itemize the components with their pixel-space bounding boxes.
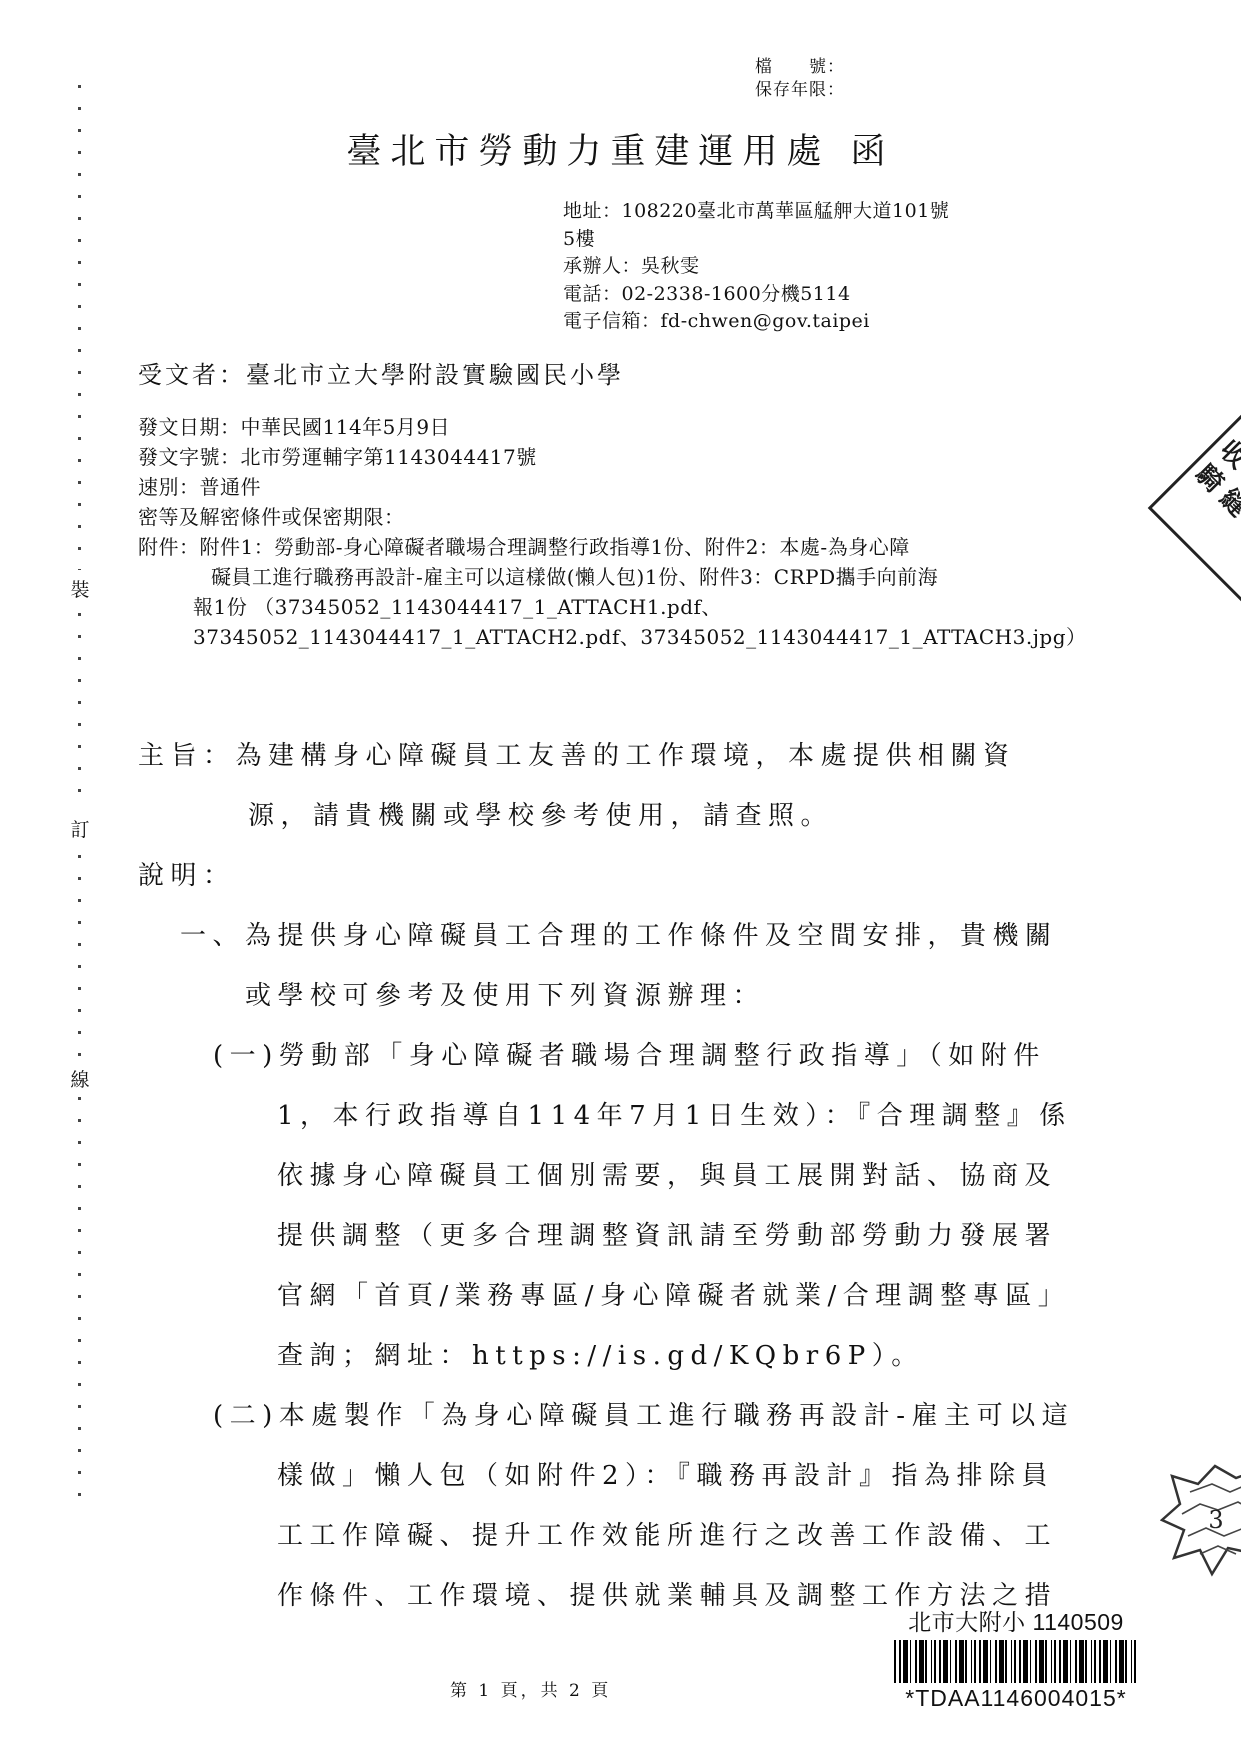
sub1-line-3: 依據身心障礙員工個別需要，與員工展開對話、協商及 (138, 1146, 1098, 1206)
sub1-line-5: 官網「首頁/業務專區/身心障礙者就業/合理調整專區」 (138, 1266, 1098, 1326)
security-class: 密等及解密條件或保密期限： (138, 502, 1038, 532)
sub1-text-1: 勞動部「身心障礙者職場合理調整行政指導」（如附件 (279, 1041, 1046, 1071)
sender-contact-block: 地址：108220臺北市萬華區艋舺大道101號 5樓 承辦人：吳秋雯 電話：02… (563, 198, 949, 336)
letter-body: 主旨：為建構身心障礙員工友善的工作環境，本處提供相關資 源，請貴機關或學校參考使… (138, 726, 1098, 1626)
official-letter-page: 檔 號： 保存年限： 臺北市勞動力重建運用處 函 地址：108220臺北市萬華區… (0, 0, 1241, 1754)
meta-block: 發文日期：中華民國114年5月9日 發文字號：北市勞運輔字第1143044417… (138, 412, 1038, 652)
subject-label: 主旨： (138, 741, 236, 771)
crumple-mark: 3 (1160, 1462, 1241, 1582)
sub1-line-4: 提供調整（更多合理調整資訊請至勞動部勞動力發展署 (138, 1206, 1098, 1266)
sub1-line-6: 查詢；網址：https://is.gd/KQbr6P）。 (138, 1326, 1098, 1386)
attachment-line-4: 37345052_1143044417_1_ATTACH2.pdf、373450… (138, 622, 1038, 652)
binding-char-zhuang: 裝 (67, 570, 93, 607)
speed-class: 速別：普通件 (138, 472, 1038, 502)
sender-address-line2: 5樓 (563, 226, 949, 254)
barcode (894, 1640, 1139, 1683)
subject-line-2: 源，請貴機關或學校參考使用，請查照。 (138, 786, 1098, 846)
issue-date: 發文日期：中華民國114年5月9日 (138, 412, 1038, 442)
barcode-text: *TDAA1146004015* (890, 1685, 1142, 1712)
binding-char-xian: 線 (67, 1060, 93, 1097)
archive-block: 檔 號： 保存年限： (755, 56, 845, 102)
sub2-line-1: (二)本處製作「為身心障礙員工進行職務再設計-雇主可以這 (138, 1386, 1098, 1446)
item1-text-1: 為提供身心障礙員工合理的工作條件及空間安排，貴機關 (245, 921, 1058, 951)
explanation-label: 說明： (138, 846, 1098, 906)
item1-label: 一、 (180, 921, 245, 951)
sub2-line-2: 樣做」懶人包（如附件2）：『職務再設計』指為排除員 (138, 1446, 1098, 1506)
attachment-line-2: 礙員工進行職務再設計-雇主可以這樣做(懶人包)1份、附件3：CRPD攜手向前海 (138, 562, 1038, 592)
sub1-label: (一) (213, 1041, 279, 1071)
sender-person: 承辦人：吳秋雯 (563, 253, 949, 281)
item1-line-2: 或學校可參考及使用下列資源辦理： (138, 966, 1098, 1026)
recipient-line: 受文者：臺北市立大學附設實驗國民小學 (138, 355, 624, 390)
crumple-mark-number: 3 (1208, 1506, 1223, 1534)
corner-receipt-stamp: 收文 騎縫 (1148, 398, 1241, 619)
received-stamp-label: 北市大附小 1140509 (890, 1604, 1142, 1637)
retention-label: 保存年限： (755, 79, 845, 102)
attachment-line-3: 報1份 （37345052_1143044417_1_ATTACH1.pdf、 (138, 592, 1038, 622)
attachment-line-1: 附件：附件1：勞動部-身心障礙者職場合理調整行政指導1份、附件2：本處-為身心障 (138, 532, 1038, 562)
sub1-line-1: (一)勞動部「身心障礙者職場合理調整行政指導」（如附件 (138, 1026, 1098, 1086)
attachment-text-1: 附件1：勞動部-身心障礙者職場合理調整行政指導1份、附件2：本處-為身心障 (200, 535, 910, 559)
corner-stamp-text: 收文 騎縫 (1184, 430, 1241, 533)
subject-text-1: 為建構身心障礙員工友善的工作環境，本處提供相關資 (236, 741, 1016, 771)
subject-line-1: 主旨：為建構身心障礙員工友善的工作環境，本處提供相關資 (138, 726, 1098, 786)
sub1-line-2: 1，本行政指導自114年7月1日生效）：『合理調整』係 (138, 1086, 1098, 1146)
file-no-label: 檔 號： (755, 56, 845, 79)
sub2-label: (二) (213, 1401, 279, 1431)
sub2-text-1: 本處製作「為身心障礙員工進行職務再設計-雇主可以這 (279, 1401, 1074, 1431)
sender-address-line1: 地址：108220臺北市萬華區艋舺大道101號 (563, 198, 949, 226)
item1-line-1: 一、為提供身心障礙員工合理的工作條件及空間安排，貴機關 (138, 906, 1098, 966)
doc-number: 發文字號：北市勞運輔字第1143044417號 (138, 442, 1038, 472)
binding-char-ding: 訂 (67, 810, 93, 847)
document-title: 臺北市勞動力重建運用處 函 (0, 128, 1241, 176)
attachment-label: 附件： (138, 535, 200, 559)
sender-phone: 電話：02-2338-1600分機5114 (563, 281, 949, 309)
sub2-line-3: 工工作障礙、提升工作效能所進行之改善工作設備、工 (138, 1506, 1098, 1566)
page-indicator: 第 1 頁，共 2 頁 (450, 1676, 611, 1701)
binding-dotted-line (78, 85, 81, 1505)
sender-email: 電子信箱：fd-chwen@gov.taipei (563, 308, 949, 336)
received-stamp-block: 北市大附小 1140509 *TDAA1146004015* (890, 1604, 1142, 1712)
